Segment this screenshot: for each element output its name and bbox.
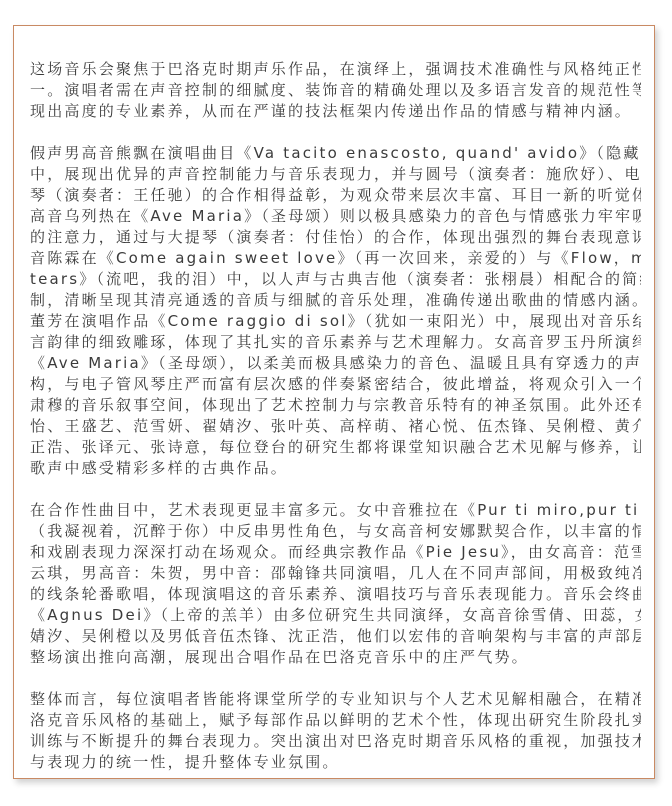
text-line: 整体而言，每位演唱者皆能将课堂所学的专业知识与个人艺术见解相融合，在精准把握巴 [30,689,641,710]
text-line: （我凝视着，沉醉于你）中反串男性角色，与女高音柯安娜默契合作，以丰富的情感层次 [30,521,641,542]
text-line: 肃穆的音乐叙事空间，体现出了艺术控制力与宗教音乐特有的神圣氛围。此外还有陈倩 [30,395,641,416]
text-line: 洛克音乐风格的基础上，赋予每部作品以鲜明的艺术个性，体现出研究生阶段扎实的声乐 [30,710,641,731]
text-line: 制，清晰呈现其清亮通透的音质与细腻的音乐处理，准确传递出歌曲的情感内涵。女中音 [30,290,641,311]
text-line: tears》（流吧，我的泪）中，以人声与古典吉他（演奏者：张栩晨）相配合的简约编 [30,269,641,290]
text-line: 现出高度的专业素养，从而在严谨的技法框架内传递出作品的情感与精神内涵。 [30,101,641,122]
text-line: 正浩、张译元、张诗意，每位登台的研究生都将课堂知识融合艺术见解与修养，让我们在 [30,437,641,458]
text-line: 怡、王盛艺、范雪妍、翟婧汐、张叶英、高梓萌、褚心悦、伍杰锋、吴俐橙、黄介南、沈 [30,416,641,437]
text-line: 中，展现出优异的声音控制能力与音乐表现力，并与圆号（演奏者：施欣妤）、电子管风 [30,164,641,185]
text-line: 歌声中感受精彩多样的古典作品。 [30,458,641,479]
text-line: 与表现力的统一性，提升整体专业氛围。 [30,752,641,773]
text-line: 构，与电子管风琴庄严而富有层次感的伴奏紧密结合，彼此增益，将观众引入一个深情而 [30,374,641,395]
text-line: 的注意力，通过与大提琴（演奏者：付佳怡）的合作，体现出强烈的舞台表现意识。男高 [30,227,641,248]
text-line: 在合作性曲目中，艺术表现更显丰富多元。女中音雅拉在《Pur ti miro,pu… [30,500,641,521]
paragraph-conclusion: 整体而言，每位演唱者皆能将课堂所学的专业知识与个人艺术见解相融合，在精准把握巴 … [30,689,641,773]
text-line: 和戏剧表现力深深打动在场观众。而经典宗教作品《Pie Jesu》，由女高音：范雪… [30,542,641,563]
text-line: 董芳在演唱作品《Come raggio di sol》（犹如一束阳光）中，展现出… [30,311,641,332]
article-body: 这场音乐会聚焦于巴洛克时期声乐作品，在演绎上，强调技术准确性与风格纯正性的统 一… [30,59,641,794]
text-line: 云琪，男高音：朱贺，男中音：邵翰锋共同演唱，几人在不同声部间，用极致纯净与悠长 [30,563,641,584]
text-line: 音陈霖在《Come again sweet love》（再一次回来，亲爱的）与《… [30,248,641,269]
text-line: 琴（演奏者：王任驰）的合作相得益彰，为观众带来层次丰富、耳目一新的听觉体验。女 [30,185,641,206]
text-line: 《Agnus Dei》（上帝的羔羊）由多位研究生共同演绎，女高音徐雪倩、田蕊，女… [30,605,641,626]
text-line: 训练与不断提升的舞台表现力。突出演出对巴洛克时期音乐风格的重视，加强技术、风格 [30,731,641,752]
text-line: 言韵律的细致雕琢，体现了其扎实的音乐素养与艺术理解力。女高音罗玉丹所演绎的 [30,332,641,353]
text-line: 一。演唱者需在声音控制的细腻度、装饰音的精确处理以及多语言发音的规范性等方面体 [30,80,641,101]
text-line: 高音乌列热在《Ave Maria》（圣母颂）则以极具感染力的音色与情感张力牢牢吸… [30,206,641,227]
text-line: 这场音乐会聚焦于巴洛克时期声乐作品，在演绎上，强调技术准确性与风格纯正性的统 [30,59,641,80]
article-card: 这场音乐会聚焦于巴洛克时期声乐作品，在演绎上，强调技术准确性与风格纯正性的统 一… [13,25,655,779]
text-line: 的线条轮番歌唱，体现演唱这的音乐素养、演唱技巧与音乐表现能力。音乐会终曲 [30,584,641,605]
text-line: 假声男高音熊飘在演唱曲目《Va tacito enascosto, quand'… [30,143,641,164]
text-line: 《Ave Maria》（圣母颂），以柔美而极具感染力的音色、温暖且具有穿透力的声… [30,353,641,374]
paragraph-intro: 这场音乐会聚焦于巴洛克时期声乐作品，在演绎上，强调技术准确性与风格纯正性的统 一… [30,59,641,122]
paragraph-solo-performances: 假声男高音熊飘在演唱曲目《Va tacito enascosto, quand'… [30,143,641,479]
text-line: 婧汐、吴俐橙以及男低音伍杰锋、沈正浩，他们以宏伟的音响架构与丰富的声部层次，将 [30,626,641,647]
text-line: 整场演出推向高潮，展现出合唱作品在巴洛克音乐中的庄严气势。 [30,647,641,668]
paragraph-ensemble-performances: 在合作性曲目中，艺术表现更显丰富多元。女中音雅拉在《Pur ti miro,pu… [30,500,641,668]
